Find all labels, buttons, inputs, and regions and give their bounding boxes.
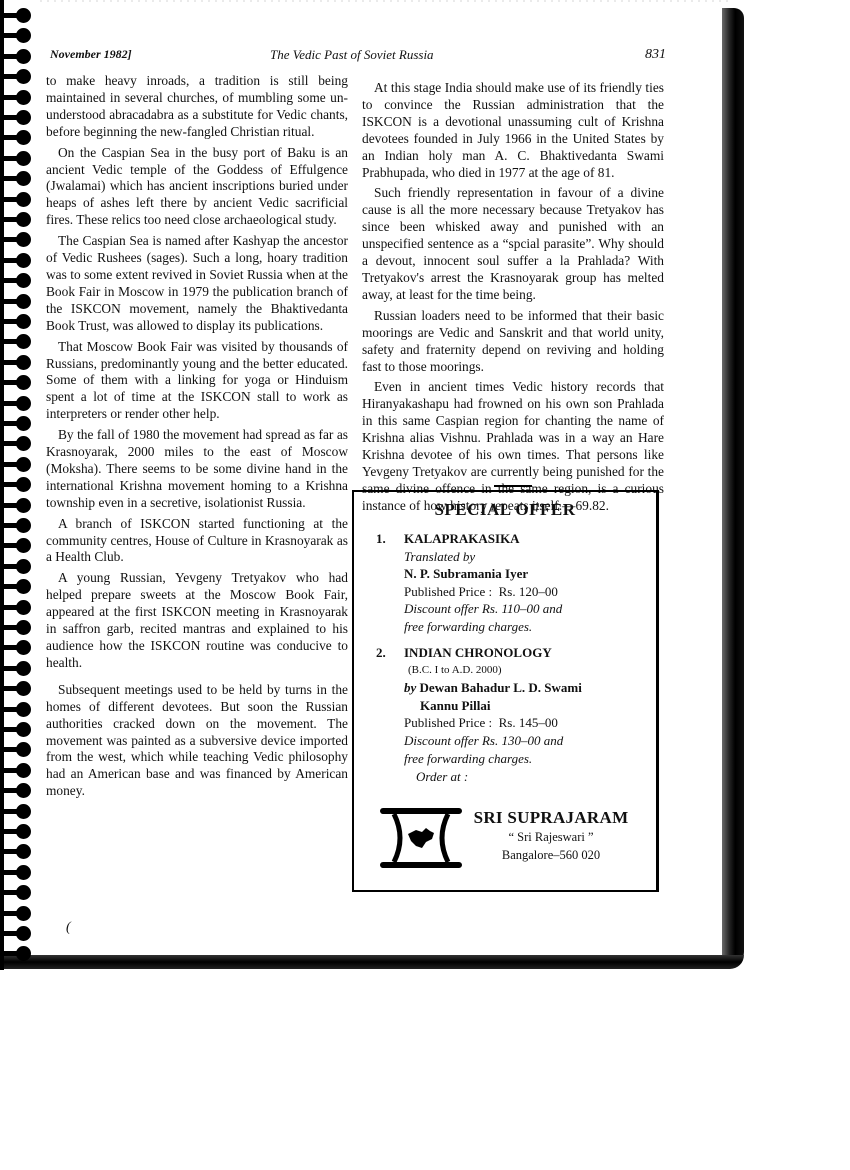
item-number: 1. [376, 530, 386, 548]
binding-ring [2, 232, 32, 247]
binding-ring [2, 294, 32, 309]
binding-ring [2, 885, 32, 900]
binding-ring [2, 661, 32, 676]
binding-ring [2, 946, 32, 961]
paragraph: Russian loaders need to be informed that… [362, 308, 664, 376]
paragraph: to make heavy inroads, a tradition is st… [46, 73, 348, 141]
offer-title: SPECIAL OFFER [354, 500, 656, 520]
paragraph: A young Russian, Yevgeny Tretyakov who h… [46, 570, 348, 671]
binding-ring [2, 559, 32, 574]
binding-ring [2, 130, 32, 145]
discount-note: free forwarding charges. [404, 618, 654, 636]
binding-ring [2, 477, 32, 492]
book-author: N. P. Subramania Iyer [404, 565, 654, 583]
binding-ring [2, 620, 32, 635]
paragraph: Such friendly representation in favour o… [362, 185, 664, 303]
binding-ring [2, 722, 32, 737]
binding-ring [2, 375, 32, 390]
book-subtitle: (B.C. I to A.D. 2000) [404, 662, 654, 680]
binding-ring [2, 783, 32, 798]
binding-ring [2, 314, 32, 329]
binding-ring [2, 28, 32, 43]
binding-ring [2, 824, 32, 839]
binding-ring [2, 742, 32, 757]
end-rule [494, 485, 532, 487]
binding-ring [2, 273, 32, 288]
price-label: Published Price : [404, 584, 492, 599]
paragraph: On the Caspian Sea in the busy port of B… [46, 145, 348, 230]
price-line: Published Price : Rs. 145–00 [404, 714, 654, 732]
binding-ring [2, 69, 32, 84]
binding-ring [2, 763, 32, 778]
binding-ring [2, 538, 32, 553]
binding-ring [2, 192, 32, 207]
binding-ring [2, 457, 32, 472]
discount-note: free forwarding charges. [404, 750, 654, 768]
discount-offer: Discount offer Rs. 110–00 and [404, 600, 654, 618]
book-title: KALAPRAKASIKA [404, 530, 654, 548]
publisher-logo-icon [378, 806, 464, 870]
binding-ring [2, 804, 32, 819]
binding-ring [2, 926, 32, 941]
page-number: 831 [645, 47, 666, 63]
page-edge-right [722, 8, 744, 966]
book-author-cont: Kannu Pillai [404, 697, 654, 715]
binding-ring [2, 171, 32, 186]
paragraph: By the fall of 1980 the movement had spr… [46, 427, 348, 512]
spiral-binding [0, 0, 40, 970]
page-edge-bottom [0, 955, 744, 969]
stray-pen-mark: ( [66, 920, 71, 936]
binding-ring [2, 865, 32, 880]
price-value: Rs. 120–00 [499, 584, 558, 599]
book-title: INDIAN CHRONOLOGY [404, 644, 654, 662]
binding-ring [2, 151, 32, 166]
paragraph: That Moscow Book Fair was visited by tho… [46, 339, 348, 424]
publisher-name: SRI SUPRAJARAM [466, 808, 636, 828]
paragraph: At this stage India should make use of i… [362, 80, 664, 181]
binding-ring [2, 436, 32, 451]
binding-ring [2, 702, 32, 717]
credit-prefix: Translated by [404, 548, 654, 566]
binding-ring [2, 396, 32, 411]
left-column: to make heavy inroads, a tradition is st… [46, 73, 348, 804]
discount-offer: Discount offer Rs. 130–00 and [404, 732, 654, 750]
binding-ring [2, 110, 32, 125]
binding-ring [2, 90, 32, 105]
binding-ring [2, 518, 32, 533]
issue-date: November 1982] [50, 47, 132, 62]
publisher-block: SRI SUPRAJARAM “ Sri Rajeswari ” Bangalo… [466, 808, 636, 864]
price-line: Published Price : Rs. 120–00 [404, 583, 654, 601]
binding-ring [2, 844, 32, 859]
right-column: At this stage India should make use of i… [362, 80, 664, 519]
order-label: Order at : [416, 769, 468, 785]
binding-ring [2, 579, 32, 594]
running-title: The Vedic Past of Soviet Russia [270, 47, 434, 63]
book-author: Dewan Bahadur L. D. Swami [420, 680, 582, 695]
publisher-address: Bangalore–560 020 [466, 846, 636, 864]
credit-prefix: by [404, 680, 416, 695]
publisher-tagline: “ Sri Rajeswari ” [466, 828, 636, 846]
binding-ring [2, 906, 32, 921]
binding-ring [2, 498, 32, 513]
binding-ring [2, 8, 32, 23]
price-value: Rs. 145–00 [499, 715, 558, 730]
author-line: by Dewan Bahadur L. D. Swami [404, 679, 654, 697]
paragraph: The Caspian Sea is named after Kashyap t… [46, 233, 348, 334]
binding-ring [2, 49, 32, 64]
binding-ring [2, 640, 32, 655]
binding-ring [2, 334, 32, 349]
paragraph: A branch of ISKCON started functioning a… [46, 516, 348, 567]
binding-ring [2, 253, 32, 268]
special-offer-box: SPECIAL OFFER 1. KALAPRAKASIKA Translate… [352, 490, 659, 892]
scanned-page: November 1982] The Vedic Past of Soviet … [0, 0, 850, 1170]
binding-ring [2, 416, 32, 431]
paragraph: Subsequent meetings used to be held by t… [46, 682, 348, 800]
binding-ring [2, 355, 32, 370]
binding-ring [2, 681, 32, 696]
binding-ring [2, 212, 32, 227]
binding-ring [2, 600, 32, 615]
item-number: 2. [376, 644, 386, 662]
price-label: Published Price : [404, 715, 492, 730]
